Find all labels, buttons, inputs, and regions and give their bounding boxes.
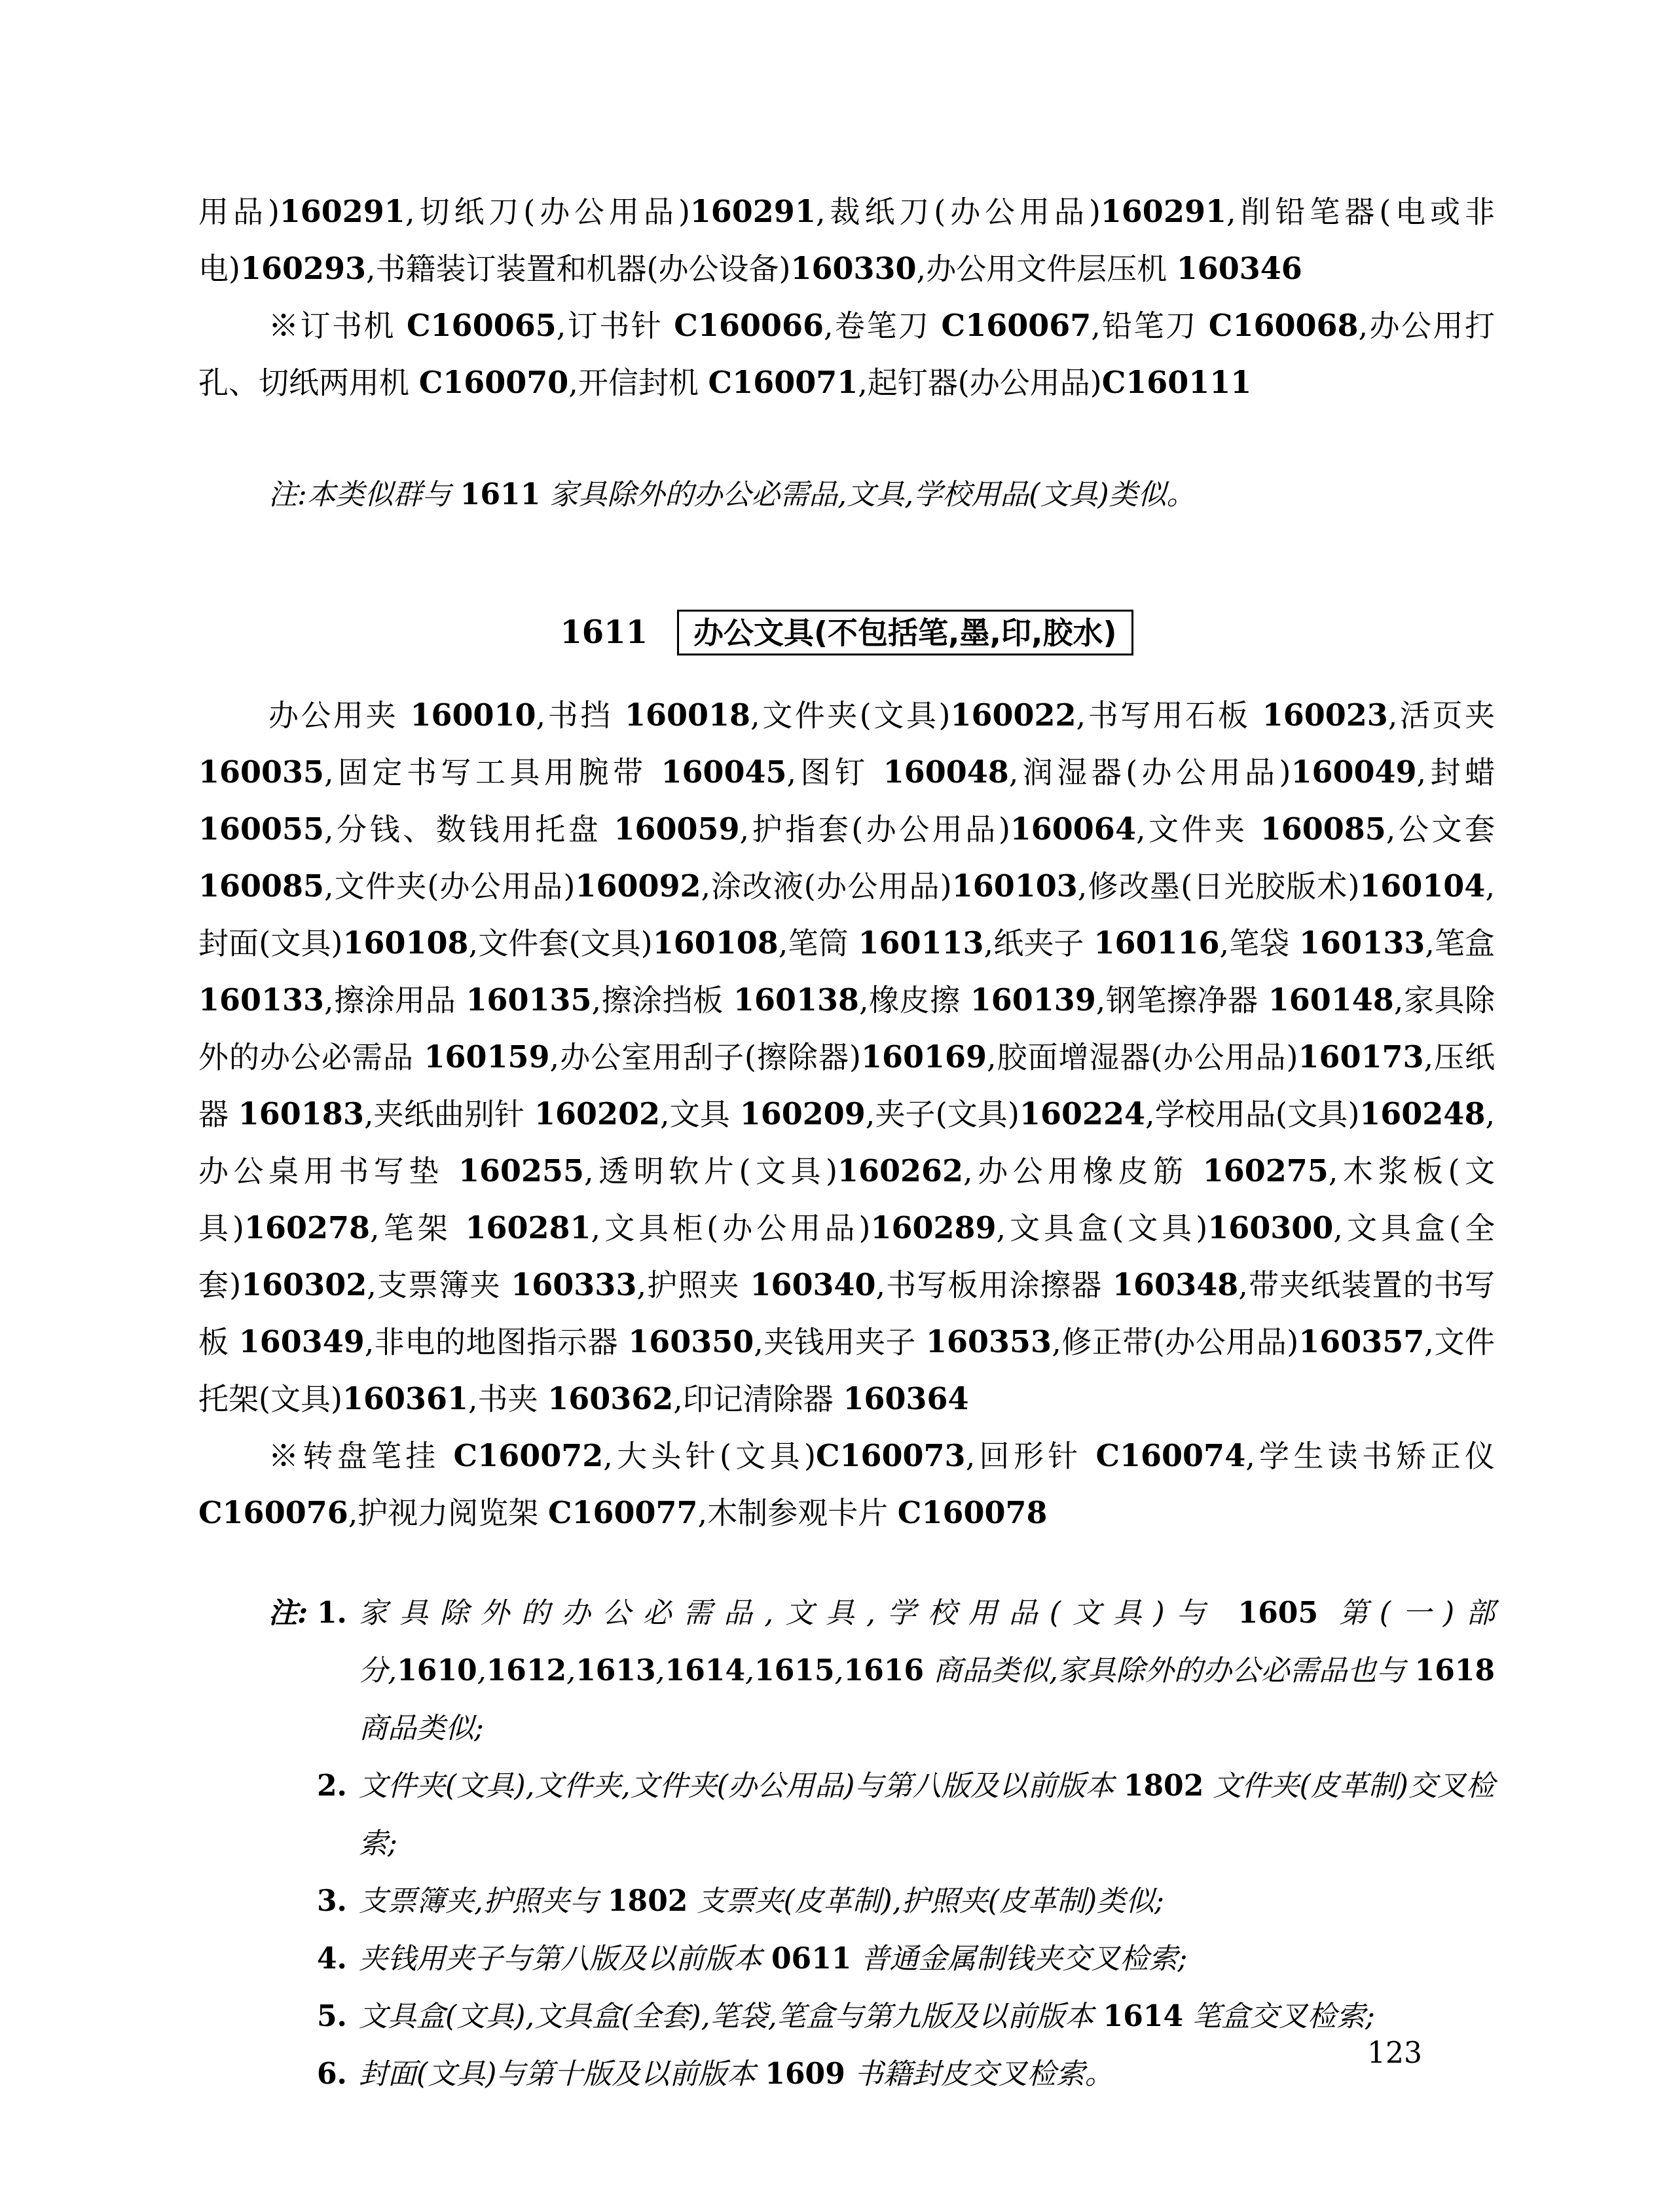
group-code: 1611	[560, 614, 648, 651]
text-block: 用品)160291,切纸刀(办公用品)160291,裁纸刀(办公用品)16029…	[198, 183, 1495, 2103]
note-label: 注:	[268, 478, 307, 511]
note-item-text: 支票簿夹,护照夹与 1802 支票夹(皮革制),护照夹(皮革制)类似;	[359, 1885, 1164, 1918]
note-item-text: 文件夹(文具),文件夹,文件夹(办公用品)与第八版及以前版本 1802 文件夹(…	[359, 1769, 1495, 1860]
note-item: 2.文件夹(文具),文件夹,文件夹(办公用品)与第八版及以前版本 1802 文件…	[359, 1758, 1495, 1873]
note-item-number: 5.	[317, 1988, 347, 2046]
notes-list-1611: 注: 1.家具除外的办公必需品,文具,学校用品(文具)与 1605 第(一)部分…	[268, 1585, 1495, 2103]
note-item-text: 文具盒(文具),文具盒(全套),笔袋,笔盒与第九版及以前版本 1614 笔盒交叉…	[359, 2000, 1375, 2033]
note-item-number: 1.	[317, 1585, 347, 1642]
group-heading-1611: 1611 办公文具(不包括笔,墨,印,胶水)	[198, 610, 1495, 655]
paragraph-c-codes-1610: ※订书机 C160065,订书针 C160066,卷笔刀 C160067,铅笔刀…	[198, 297, 1495, 411]
note-item: 6.封面(文具)与第十版及以前版本 1609 书籍封皮交叉检索。	[359, 2046, 1495, 2103]
note-item-text: 封面(文具)与第十版及以前版本 1609 书籍封皮交叉检索。	[359, 2057, 1114, 2091]
note-text: 本类似群与 1611 家具除外的办公必需品,文具,学校用品(文具)类似。	[307, 478, 1196, 511]
note-item-number: 4.	[317, 1930, 347, 1988]
paragraph-continuation-1610: 用品)160291,切纸刀(办公用品)160291,裁纸刀(办公用品)16029…	[198, 183, 1495, 297]
page-number: 123	[1367, 2038, 1422, 2069]
class-similarity-note-1610: 注:本类似群与 1611 家具除外的办公必需品,文具,学校用品(文具)类似。	[268, 466, 1495, 523]
note-item-text: 家具除外的办公必需品,文具,学校用品(文具)与 1605 第(一)部分,1610…	[359, 1596, 1495, 1745]
group-title-boxed: 办公文具(不包括笔,墨,印,胶水)	[677, 610, 1133, 655]
paragraph-items-1611: 办公用夹 160010,书挡 160018,文件夹(文具)160022,书写用石…	[198, 687, 1495, 1428]
note-item-text: 夹钱用夹子与第八版及以前版本 0611 普通金属制钱夹交叉检索;	[359, 1942, 1187, 1976]
document-page: 用品)160291,切纸刀(办公用品)160291,裁纸刀(办公用品)16029…	[0, 0, 1671, 2212]
paragraph-c-codes-1611: ※转盘笔挂 C160072,大头针(文具)C160073,回形针 C160074…	[198, 1428, 1495, 1541]
note-item: 5.文具盒(文具),文具盒(全套),笔袋,笔盒与第九版及以前版本 1614 笔盒…	[359, 1988, 1495, 2046]
note-item-number: 2.	[317, 1758, 347, 1815]
note-item-number: 3.	[317, 1873, 347, 1930]
notes-label: 注:	[268, 1585, 308, 1642]
note-item: 4.夹钱用夹子与第八版及以前版本 0611 普通金属制钱夹交叉检索;	[359, 1930, 1495, 1988]
note-item: 3.支票簿夹,护照夹与 1802 支票夹(皮革制),护照夹(皮革制)类似;	[359, 1873, 1495, 1930]
note-item: 1.家具除外的办公必需品,文具,学校用品(文具)与 1605 第(一)部分,16…	[359, 1585, 1495, 1758]
note-item-number: 6.	[317, 2046, 347, 2103]
